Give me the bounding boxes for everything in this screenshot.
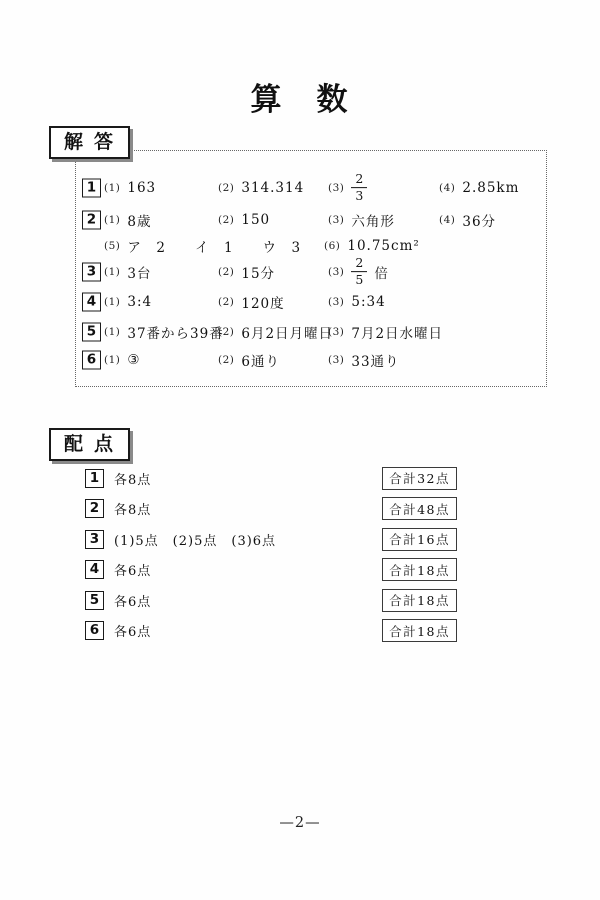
fraction-denominator: 3 xyxy=(351,189,367,204)
item-number: (5) xyxy=(104,240,120,252)
item-number: (2) xyxy=(218,326,234,338)
page-title: 算 数 xyxy=(0,74,600,119)
answer-item: (3) 25 倍 xyxy=(328,256,389,288)
item-value: 2.85km xyxy=(462,180,519,196)
problem-number-badge: 6 xyxy=(82,351,101,370)
answer-item: (1) 163 xyxy=(104,180,156,196)
item-number: (1) xyxy=(104,354,120,366)
points-description: 各8点 xyxy=(114,469,151,488)
answer-item: (2) 120度 xyxy=(218,292,285,312)
points-description: 各8点 xyxy=(114,499,151,518)
item-number: (1) xyxy=(104,266,120,278)
points-description: (1)5点 (2)5点 (3)6点 xyxy=(114,530,276,549)
item-value: ③ xyxy=(127,352,140,368)
item-value: 37番から39番 xyxy=(127,322,223,342)
problem-number-badge: 4 xyxy=(85,560,104,579)
problem-number-badge: 1 xyxy=(82,179,101,198)
item-value: 163 xyxy=(127,180,156,196)
item-number: (3) xyxy=(328,326,344,338)
item-value: 10.75cm² xyxy=(347,238,419,254)
item-number: (2) xyxy=(218,182,234,194)
item-number: (3) xyxy=(328,182,344,194)
item-number: (2) xyxy=(218,296,234,308)
answer-row-1: 1 (1) 163 (2) 314.314 (3) 23 (4) 2.85km xyxy=(76,175,546,201)
problem-number-badge: 6 xyxy=(85,621,104,640)
answer-item: (3) 六角形 xyxy=(328,210,395,230)
answer-row-2: 2 (1) 8歳 (2) 150 (3) 六角形 (4) 36分 xyxy=(76,207,546,233)
points-row-6: 6 各6点 合計18点 xyxy=(85,616,457,647)
points-description: 各6点 xyxy=(114,591,151,610)
total-points-box: 合計48点 xyxy=(382,497,457,520)
item-value: 3:4 xyxy=(127,294,152,310)
problem-number-badge: 2 xyxy=(85,499,104,518)
total-points-box: 合計16点 xyxy=(382,528,457,551)
item-number: (4) xyxy=(439,214,455,226)
item-value: 6月2日月曜日 xyxy=(241,322,333,342)
fraction-denominator: 5 xyxy=(351,273,367,288)
item-number: (1) xyxy=(104,326,120,338)
item-value: 8歳 xyxy=(127,210,151,230)
item-value: 314.314 xyxy=(241,180,304,196)
answer-item: (1) 3台 xyxy=(104,262,151,282)
answer-row-4: 4 (1) 3:4 (2) 120度 (3) 5:34 xyxy=(76,289,546,315)
answer-item: (6) 10.75cm² xyxy=(324,238,420,254)
answer-row-5: 5 (1) 37番から39番 (2) 6月2日月曜日 (3) 7月2日水曜日 xyxy=(76,319,546,345)
item-value: 5:34 xyxy=(351,294,385,310)
item-number: (1) xyxy=(104,182,120,194)
points-section-label: 配点 xyxy=(49,428,130,461)
problem-number-badge: 4 xyxy=(82,293,101,312)
item-value: ア 2 イ 1 ウ 3 xyxy=(127,236,301,256)
total-points-box: 合計32点 xyxy=(382,467,457,490)
answer-row-3: 3 (1) 3台 (2) 15分 (3) 25 倍 xyxy=(76,259,546,285)
item-value: 120度 xyxy=(241,292,284,312)
fraction-numerator: 2 xyxy=(351,256,367,272)
answer-item: (2) 314.314 xyxy=(218,180,304,196)
item-number: (2) xyxy=(218,354,234,366)
problem-number-badge: 3 xyxy=(85,530,104,549)
answer-row-6: 6 (1) ③ (2) 6通り (3) 33通り xyxy=(76,347,546,373)
item-value: 33通り xyxy=(351,350,399,370)
fraction-value: 23 xyxy=(351,172,367,204)
answers-section-label: 解答 xyxy=(49,126,130,159)
fraction-numerator: 2 xyxy=(351,172,367,188)
answer-item: (3) 33通り xyxy=(328,350,400,370)
item-number: (4) xyxy=(439,182,455,194)
answer-item: (4) 2.85km xyxy=(439,180,519,196)
item-number: (3) xyxy=(328,354,344,366)
answers-box: 1 (1) 163 (2) 314.314 (3) 23 (4) 2.85km … xyxy=(75,150,547,387)
answer-item: (3) 5:34 xyxy=(328,294,386,310)
answer-item: (4) 36分 xyxy=(439,210,496,230)
item-value: 6通り xyxy=(241,350,280,370)
answer-row-2-continued: (5) ア 2 イ 1 ウ 3 (6) 10.75cm² xyxy=(76,233,546,259)
item-value: 36分 xyxy=(462,210,496,230)
points-description: 各6点 xyxy=(114,621,151,640)
exam-answer-page: 算 数 解答 1 (1) 163 (2) 314.314 (3) 23 (4) … xyxy=(0,0,600,900)
total-points-box: 合計18点 xyxy=(382,619,457,642)
problem-number-badge: 5 xyxy=(85,591,104,610)
item-value: 150 xyxy=(241,212,270,228)
item-number: (3) xyxy=(328,214,344,226)
points-row-1: 1 各8点 合計32点 xyxy=(85,463,457,494)
item-number: (1) xyxy=(104,214,120,226)
problem-number-badge: 5 xyxy=(82,323,101,342)
item-number: (2) xyxy=(218,266,234,278)
fraction-value: 25 xyxy=(351,256,367,288)
answer-item: (1) 8歳 xyxy=(104,210,151,230)
points-rows: 1 各8点 合計32点 2 各8点 合計48点 3 (1)5点 (2)5点 (3… xyxy=(85,463,457,646)
answer-item: (2) 15分 xyxy=(218,262,275,282)
item-number: (6) xyxy=(324,240,340,252)
answer-item: (2) 6通り xyxy=(218,350,280,370)
item-number: (1) xyxy=(104,296,120,308)
answer-item: (2) 6月2日月曜日 xyxy=(218,322,333,342)
item-value: 3台 xyxy=(127,262,151,282)
page-number: —2— xyxy=(0,815,600,831)
item-value: 7月2日水曜日 xyxy=(351,322,443,342)
answer-item: (1) ③ xyxy=(104,352,140,368)
item-value: 六角形 xyxy=(351,210,395,230)
points-row-5: 5 各6点 合計18点 xyxy=(85,585,457,616)
answer-item: (2) 150 xyxy=(218,212,270,228)
item-number: (3) xyxy=(328,266,344,278)
total-points-box: 合計18点 xyxy=(382,589,457,612)
item-value: 15分 xyxy=(241,262,275,282)
item-value: 倍 xyxy=(374,262,389,282)
points-description: 各6点 xyxy=(114,560,151,579)
answer-item: (5) ア 2 イ 1 ウ 3 xyxy=(104,236,301,256)
answer-item: (1) 3:4 xyxy=(104,294,152,310)
points-row-3: 3 (1)5点 (2)5点 (3)6点 合計16点 xyxy=(85,524,457,555)
points-row-4: 4 各6点 合計18点 xyxy=(85,555,457,586)
answer-item: (3) 23 xyxy=(328,172,374,204)
problem-number-badge: 1 xyxy=(85,469,104,488)
answer-item: (3) 7月2日水曜日 xyxy=(328,322,443,342)
item-number: (3) xyxy=(328,296,344,308)
problem-number-badge: 3 xyxy=(82,263,101,282)
total-points-box: 合計18点 xyxy=(382,558,457,581)
answer-item: (1) 37番から39番 xyxy=(104,322,224,342)
problem-number-badge: 2 xyxy=(82,211,101,230)
item-number: (2) xyxy=(218,214,234,226)
points-row-2: 2 各8点 合計48点 xyxy=(85,494,457,525)
